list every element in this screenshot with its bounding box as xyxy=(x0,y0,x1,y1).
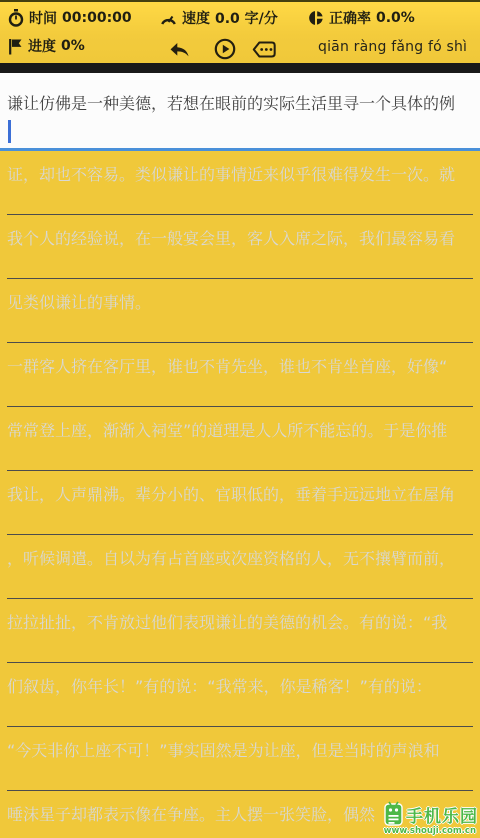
typing-line: 们叙齿，你年长！”有的说：“我常来，你是稀客！”有的说： xyxy=(7,663,473,727)
typing-line: “今天非你上座不可！”事实固然是为让座，但是当时的声浪和 xyxy=(7,727,473,791)
stats-header: 时间 00:00:00 速度 0.0 字/分 xyxy=(0,0,480,63)
target-text-line: 谦让仿佛是一种美德，若想在眼前的实际生活里寻一个具体的例 xyxy=(7,91,473,114)
speed-label: 速度 xyxy=(182,8,210,28)
progress-stat: 进度 0% xyxy=(8,36,85,56)
typing-line: ，听候调遣。自以为有占首座或次座资格的人，无不攘臂而前， xyxy=(7,535,473,599)
typing-practice-app: 时间 00:00:00 速度 0.0 字/分 xyxy=(0,0,480,838)
pinyin-hint: qiān ràng fǎng fó shì xyxy=(318,39,467,55)
speed-stat: 速度 0.0 字/分 xyxy=(160,8,278,28)
typing-line: 见类似谦让的事情。 xyxy=(7,279,473,343)
accuracy-value: 0.0% xyxy=(376,10,415,26)
time-label: 时间 xyxy=(29,8,57,28)
progress-value: 0% xyxy=(61,38,85,54)
typing-line: 证，却也不容易。类似谦让的事情近来似乎很难得发生一次。就 xyxy=(7,151,473,215)
progress-label: 进度 xyxy=(28,36,56,56)
undo-arrow-icon xyxy=(169,40,191,58)
typing-line: 唾沫星子却都表示像在争座。主人摆一张笑脸，偶然 xyxy=(7,791,473,838)
accuracy-label: 正确率 xyxy=(329,8,371,28)
speedometer-icon xyxy=(160,11,177,26)
typing-line: 我让，人声鼎沸。辈分小的、官职低的，垂着手远远地立在屋角 xyxy=(7,471,473,535)
time-stat: 时间 00:00:00 xyxy=(8,8,132,28)
ellipsis-tag-icon xyxy=(251,40,277,59)
text-cursor xyxy=(8,120,11,143)
active-typing-row[interactable]: 谦让仿佛是一种美德，若想在眼前的实际生活里寻一个具体的例 xyxy=(0,73,480,151)
typing-line: 常常登上座，渐渐入祠堂”的道理是人人所不能忘的。于是你推 xyxy=(7,407,473,471)
typing-line: 一群客人挤在客厅里，谁也不肯先坐，谁也不肯坐首座，好像“ xyxy=(7,343,473,407)
typing-line: 拉拉扯扯，不肯放过他们表现谦让的美德的机会。有的说：“我 xyxy=(7,599,473,663)
play-circle-icon xyxy=(214,38,236,60)
upcoming-lines: 证，却也不容易。类似谦让的事情近来似乎很难得发生一次。就我个人的经验说，在一般宴… xyxy=(0,151,480,838)
accuracy-stat: 正确率 0.0% xyxy=(308,8,415,28)
pie-chart-icon xyxy=(308,10,324,26)
stats-row-2: 进度 0% xyxy=(0,36,480,62)
typing-line: 我个人的经验说，在一般宴会里，客人入席之际，我们最容易看 xyxy=(7,215,473,279)
undo-button[interactable] xyxy=(165,37,195,61)
play-button[interactable] xyxy=(210,37,240,61)
speed-value: 0.0 字/分 xyxy=(215,8,278,28)
stopwatch-icon xyxy=(8,9,24,27)
time-value: 00:00:00 xyxy=(62,10,132,26)
flag-icon xyxy=(8,38,23,55)
stats-row-1: 时间 00:00:00 速度 0.0 字/分 xyxy=(0,8,480,34)
more-options-button[interactable] xyxy=(249,37,279,61)
header-separator xyxy=(0,63,480,73)
